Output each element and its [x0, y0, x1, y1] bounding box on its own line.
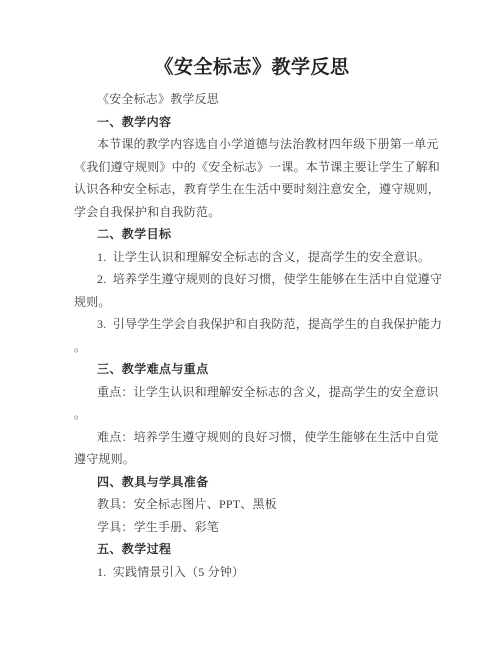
text-line: 学会自我保护和自我防范。 [74, 201, 430, 224]
section-heading: 五、教学过程 [74, 538, 430, 561]
text-line: 教具：安全标志图片、PPT、黑板 [74, 493, 430, 516]
text-line: 3. 引导学生学会自我保护和自我防范，提高学生的自我保护能力 [74, 313, 430, 336]
section-heading: 一、教学内容 [74, 111, 430, 134]
text-line: 1. 实践情景引入（5 分钟） [74, 561, 430, 584]
document-body: 《安全标志》教学反思一、教学内容本节课的教学内容选自小学道德与法治教材四年级下册… [74, 88, 430, 583]
document-title: 《安全标志》教学反思 [74, 52, 430, 84]
text-line: 《我们遵守规则》中的《安全标志》一课。本节课主要让学生了解和 [74, 156, 430, 179]
text-line: 1. 让学生认识和理解安全标志的含义，提高学生的安全意识。 [74, 246, 430, 269]
section-heading: 三、教学难点与重点 [74, 358, 430, 381]
text-line: 重点：让学生认识和理解安全标志的含义，提高学生的安全意识 [74, 381, 430, 404]
text-line: 规则。 [74, 291, 430, 314]
text-line: 认识各种安全标志，教育学生在生活中要时刻注意安全，遵守规则， [74, 178, 430, 201]
text-line: 本节课的教学内容选自小学道德与法治教材四年级下册第一单元 [74, 133, 430, 156]
text-line: 2. 培养学生遵守规则的良好习惯，使学生能够在生活中自觉遵守 [74, 268, 430, 291]
document-page: 《安全标志》教学反思 《安全标志》教学反思一、教学内容本节课的教学内容选自小学道… [0, 0, 500, 647]
text-line: 学具：学生手册、彩笔 [74, 516, 430, 539]
text-line: 遵守规则。 [74, 448, 430, 471]
section-heading: 二、教学目标 [74, 223, 430, 246]
text-line: 《安全标志》教学反思 [74, 88, 430, 111]
text-line: 。 [74, 336, 430, 359]
section-heading: 四、教具与学具准备 [74, 471, 430, 494]
text-line: 。 [74, 403, 430, 426]
text-line: 难点：培养学生遵守规则的良好习惯，使学生能够在生活中自觉 [74, 426, 430, 449]
